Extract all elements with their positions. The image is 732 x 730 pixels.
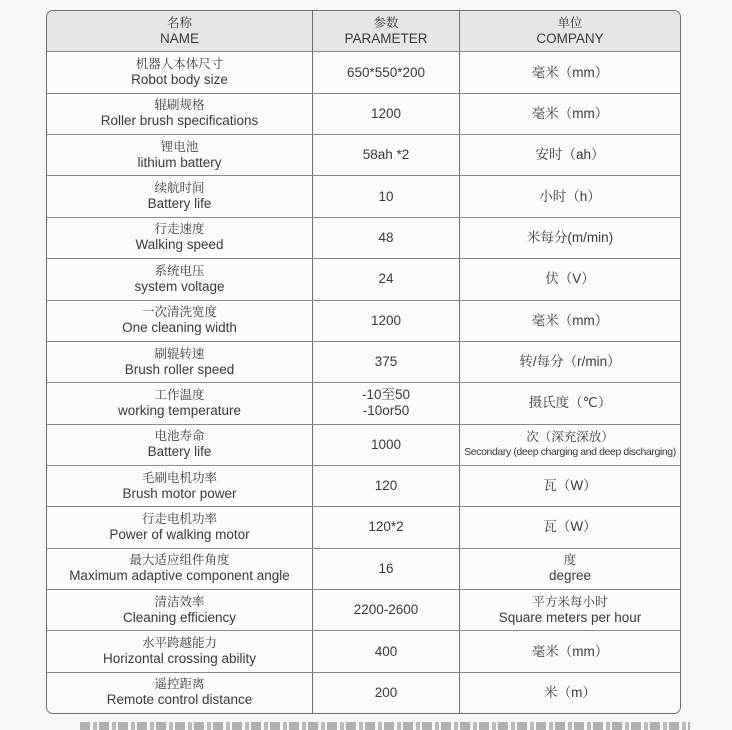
cell-name: 清洁效率 Cleaning efficiency	[47, 590, 312, 630]
cell-name: 水平跨越能力 Horizontal crossing ability	[47, 631, 312, 671]
header-parameter-en: PARAMETER	[344, 31, 427, 47]
cell-unit: 毫米（mm）	[459, 631, 680, 671]
cell-name: 刷辊转速 Brush roller speed	[47, 342, 312, 382]
cell-name: 电池寿命 Battery life	[47, 425, 312, 465]
unit-value: 转/每分（r/min）	[519, 354, 620, 370]
name-zh: 最大适应组件角度	[129, 553, 229, 568]
param-value: 10	[378, 189, 393, 205]
name-en: working temperature	[118, 403, 241, 419]
header-name: 名称 NAME	[47, 11, 312, 51]
name-zh: 行走电机功率	[142, 512, 217, 527]
unit-value: 毫米（mm）	[532, 106, 609, 122]
unit-value: 小时（h）	[539, 189, 601, 205]
table-row-brush-roller-speed: 刷辊转速 Brush roller speed 375 转/每分（r/min）	[47, 341, 680, 382]
cell-unit: 毫米（mm）	[459, 94, 680, 134]
cell-parameter: 58ah *2	[312, 135, 459, 175]
unit-value-en: Square meters per hour	[499, 610, 642, 626]
name-zh: 锂电池	[161, 140, 199, 155]
name-en: Brush motor power	[122, 486, 236, 502]
cell-parameter: 1200	[312, 301, 459, 341]
cell-unit: 度 degree	[459, 549, 680, 589]
name-en: One cleaning width	[122, 320, 237, 336]
name-zh: 毛刷电机功率	[142, 471, 217, 486]
param-value: 1200	[371, 106, 401, 122]
cell-name: 最大适应组件角度 Maximum adaptive component angl…	[47, 549, 312, 589]
table-row-max-component-angle: 最大适应组件角度 Maximum adaptive component angl…	[47, 548, 680, 589]
param-value: 200	[375, 685, 398, 701]
name-en: Roller brush specifications	[101, 113, 259, 129]
table-row-cleaning-efficiency: 清洁效率 Cleaning efficiency 2200-2600 平方米每小…	[47, 589, 680, 630]
name-en: Power of walking motor	[109, 527, 249, 543]
name-en: lithium battery	[137, 155, 221, 171]
table-header-row: 名称 NAME 参数 PARAMETER 单位 COMPANY	[47, 11, 680, 51]
param-value: 120*2	[368, 519, 403, 535]
table-row-remote-control-distance: 遥控距离 Remote control distance 200 米（m）	[47, 672, 680, 713]
name-en: Maximum adaptive component angle	[69, 568, 290, 584]
cell-parameter: -10至50 -10or50	[312, 383, 459, 423]
cell-unit: 小时（h）	[459, 176, 680, 216]
name-zh: 系统电压	[154, 264, 204, 279]
name-en: Brush roller speed	[125, 362, 235, 378]
name-en: system voltage	[134, 279, 224, 295]
table-row-robot-body-size: 机器人本体尺寸 Robot body size 650*550*200 毫米（m…	[47, 51, 680, 92]
header-name-zh: 名称	[167, 16, 192, 31]
cell-name: 系统电压 system voltage	[47, 259, 312, 299]
cell-unit: 米每分(m/min)	[459, 218, 680, 258]
name-en: Cleaning efficiency	[123, 610, 236, 626]
unit-value-zh: 度	[564, 553, 577, 568]
cell-unit: 伏（V）	[459, 259, 680, 299]
cell-unit: 米（m）	[459, 673, 680, 713]
table-row-walking-speed: 行走速度 Walking speed 48 米每分(m/min)	[47, 217, 680, 258]
cell-unit: 摄氏度（℃）	[459, 383, 680, 423]
cell-parameter: 16	[312, 549, 459, 589]
cell-parameter: 400	[312, 631, 459, 671]
table-row-roller-brush-spec: 辊刷规格 Roller brush specifications 1200 毫米…	[47, 93, 680, 134]
param-value: 48	[378, 230, 393, 246]
param-value: 650*550*200	[347, 65, 425, 81]
cell-parameter: 120*2	[312, 507, 459, 547]
table-row-lithium-battery: 锂电池 lithium battery 58ah *2 安时（ah）	[47, 134, 680, 175]
spec-sheet-page: 名称 NAME 参数 PARAMETER 单位 COMPANY 机器人本体尺寸 …	[0, 0, 732, 730]
unit-value: 瓦（W）	[543, 519, 596, 535]
table-row-cleaning-width: 一次清洗宽度 One cleaning width 1200 毫米（mm）	[47, 300, 680, 341]
unit-value: 毫米（mm）	[532, 644, 609, 660]
unit-value-zh: 次（深充深放）	[526, 430, 614, 445]
name-zh: 清洁效率	[154, 595, 204, 610]
param-value: 16	[378, 561, 393, 577]
name-zh: 机器人本体尺寸	[136, 57, 224, 72]
name-en: Walking speed	[135, 237, 223, 253]
param-value: 1000	[371, 437, 401, 453]
name-zh: 工作温度	[154, 388, 204, 403]
header-parameter-zh: 参数	[373, 16, 398, 31]
cell-name: 机器人本体尺寸 Robot body size	[47, 52, 312, 92]
unit-value: 米（m）	[544, 685, 596, 701]
param-value: 2200-2600	[354, 602, 419, 618]
name-zh: 刷辊转速	[154, 347, 204, 362]
cell-parameter: 10	[312, 176, 459, 216]
cell-unit: 平方米每小时 Square meters per hour	[459, 590, 680, 630]
cell-name: 辊刷规格 Roller brush specifications	[47, 94, 312, 134]
header-unit-zh: 单位	[557, 16, 582, 31]
unit-value: 安时（ah）	[535, 147, 604, 163]
table-row-battery-life-cycles: 电池寿命 Battery life 1000 次（深充深放） Secondary…	[47, 424, 680, 465]
cell-name: 行走速度 Walking speed	[47, 218, 312, 258]
header-name-en: NAME	[160, 31, 199, 47]
param-value: 58ah *2	[363, 147, 410, 163]
header-unit: 单位 COMPANY	[459, 11, 680, 51]
name-zh: 电池寿命	[154, 429, 204, 444]
name-zh: 行走速度	[154, 222, 204, 237]
cell-name: 遥控距离 Remote control distance	[47, 673, 312, 713]
header-unit-en: COMPANY	[536, 31, 603, 47]
param-value: 1200	[371, 313, 401, 329]
cell-name: 毛刷电机功率 Brush motor power	[47, 466, 312, 506]
cell-unit: 次（深充深放） Secondary (deep charging and dee…	[459, 425, 680, 465]
param-value-line-1: -10至50	[362, 387, 410, 403]
name-zh: 续航时间	[154, 181, 204, 196]
param-value: 375	[375, 354, 398, 370]
table-row-battery-life-hours: 续航时间 Battery life 10 小时（h）	[47, 175, 680, 216]
cell-name: 一次清洗宽度 One cleaning width	[47, 301, 312, 341]
cell-parameter: 200	[312, 673, 459, 713]
unit-value: 瓦（W）	[543, 478, 596, 494]
unit-value: 米每分(m/min)	[527, 230, 613, 246]
param-value: 24	[378, 271, 393, 287]
name-en: Horizontal crossing ability	[103, 651, 256, 667]
name-en: Battery life	[148, 444, 212, 460]
cell-name: 工作温度 working temperature	[47, 383, 312, 423]
table-row-walking-motor-power: 行走电机功率 Power of walking motor 120*2 瓦（W）	[47, 506, 680, 547]
unit-value: 毫米（mm）	[532, 65, 609, 81]
name-en: Robot body size	[131, 72, 228, 88]
unit-value-en: degree	[549, 568, 591, 584]
unit-value-zh: 平方米每小时	[532, 595, 607, 610]
header-parameter: 参数 PARAMETER	[312, 11, 459, 51]
name-zh: 水平跨越能力	[142, 636, 217, 651]
name-zh: 遥控距离	[154, 677, 204, 692]
cell-parameter: 120	[312, 466, 459, 506]
cell-unit: 转/每分（r/min）	[459, 342, 680, 382]
name-en: Battery life	[148, 196, 212, 212]
cell-name: 行走电机功率 Power of walking motor	[47, 507, 312, 547]
cell-parameter: 1200	[312, 94, 459, 134]
clipped-text-glyph-tops	[80, 722, 690, 730]
cell-parameter: 375	[312, 342, 459, 382]
cell-parameter: 2200-2600	[312, 590, 459, 630]
name-en: Remote control distance	[107, 692, 253, 708]
param-value: 120	[375, 478, 398, 494]
cell-unit: 安时（ah）	[459, 135, 680, 175]
cell-name: 续航时间 Battery life	[47, 176, 312, 216]
table-row-brush-motor-power: 毛刷电机功率 Brush motor power 120 瓦（W）	[47, 465, 680, 506]
cell-parameter: 24	[312, 259, 459, 299]
table-row-system-voltage: 系统电压 system voltage 24 伏（V）	[47, 258, 680, 299]
cell-unit: 毫米（mm）	[459, 301, 680, 341]
cell-parameter: 1000	[312, 425, 459, 465]
cell-parameter: 48	[312, 218, 459, 258]
cell-name: 锂电池 lithium battery	[47, 135, 312, 175]
unit-value: 毫米（mm）	[532, 313, 609, 329]
unit-value: 伏（V）	[545, 271, 595, 287]
clipped-paragraph-text	[80, 722, 690, 730]
cell-unit: 瓦（W）	[459, 466, 680, 506]
name-zh: 辊刷规格	[154, 98, 204, 113]
param-value: 400	[375, 644, 398, 660]
table-row-working-temperature: 工作温度 working temperature -10至50 -10or50 …	[47, 382, 680, 423]
param-value-line-2: -10or50	[363, 403, 410, 419]
unit-value: 摄氏度（℃）	[529, 395, 612, 411]
name-zh: 一次清洗宽度	[142, 305, 217, 320]
table-row-horizontal-crossing: 水平跨越能力 Horizontal crossing ability 400 毫…	[47, 630, 680, 671]
spec-table: 名称 NAME 参数 PARAMETER 单位 COMPANY 机器人本体尺寸 …	[46, 10, 681, 714]
cell-unit: 毫米（mm）	[459, 52, 680, 92]
unit-value-en: Secondary (deep charging and deep discha…	[464, 445, 676, 460]
cell-unit: 瓦（W）	[459, 507, 680, 547]
cell-parameter: 650*550*200	[312, 52, 459, 92]
